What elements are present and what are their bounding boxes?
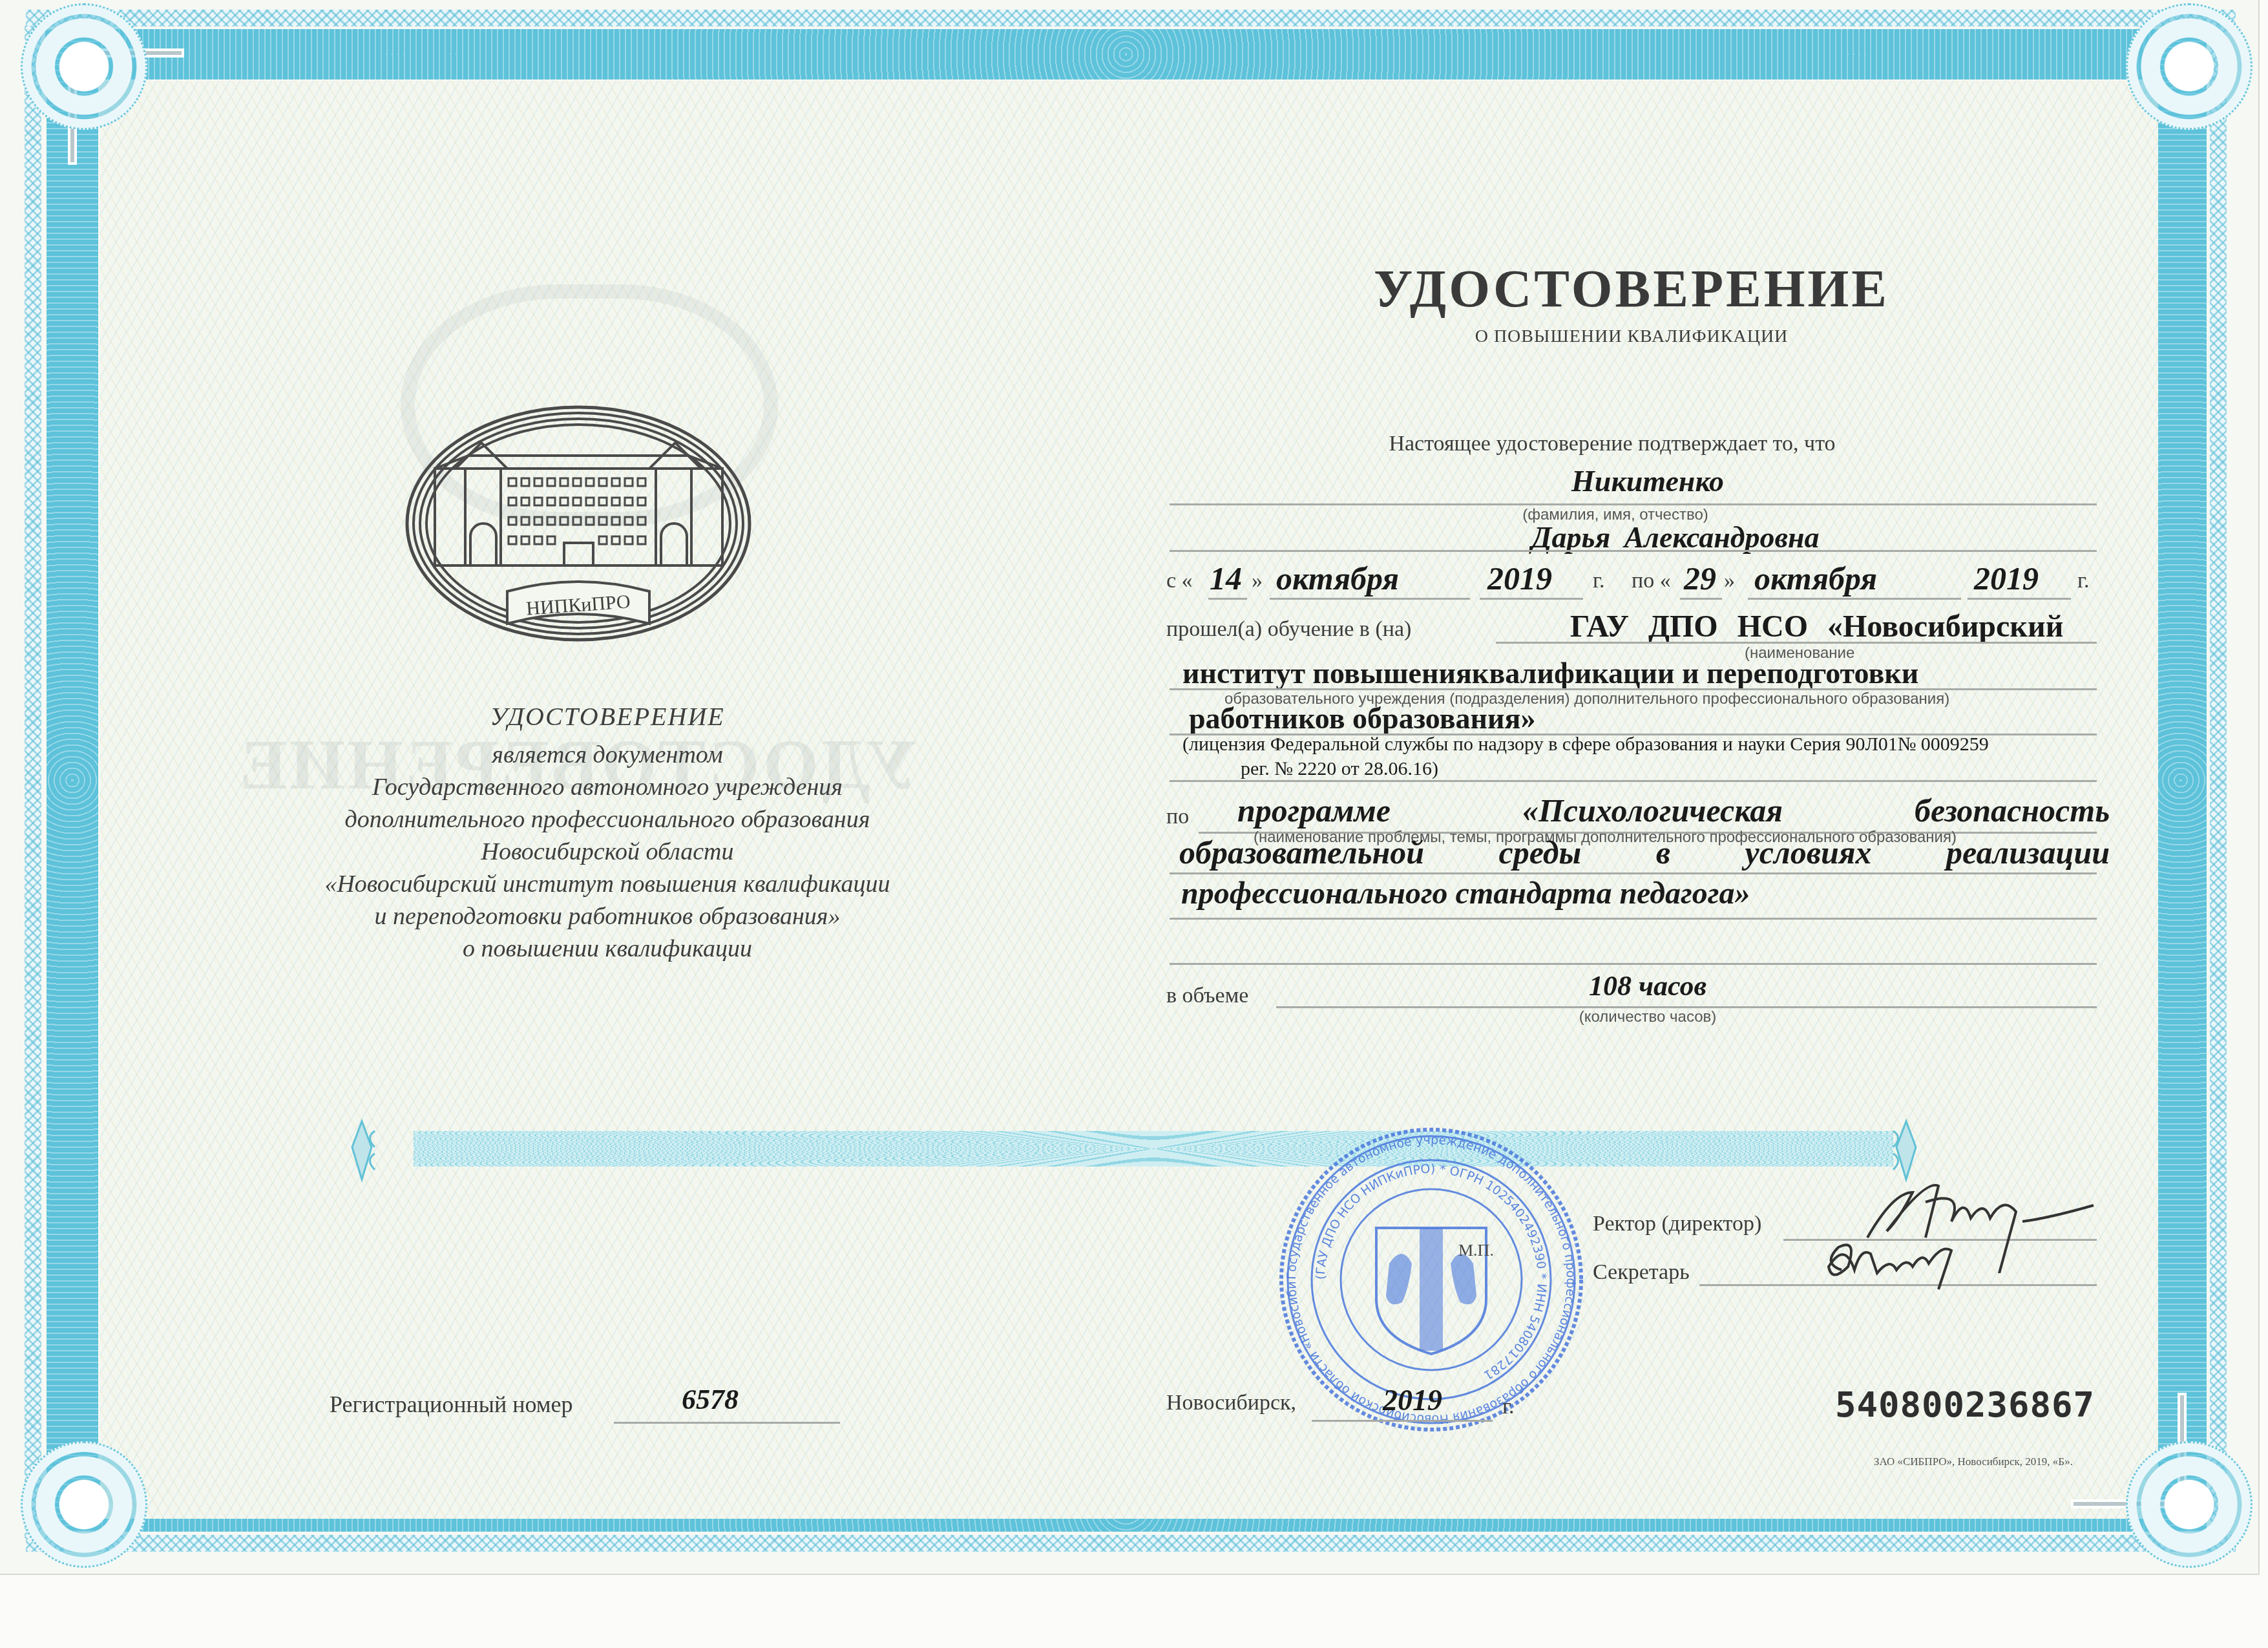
program-line-1: программе «Психологическая безопасность bbox=[1237, 792, 2110, 829]
rosette-bottom-right-icon bbox=[2126, 1441, 2252, 1568]
license-line-2: рег. № 2220 от 28.06.16) bbox=[1241, 758, 1438, 780]
program-prefix: по bbox=[1166, 805, 1189, 829]
left-line-4: Новосибирской области bbox=[246, 836, 969, 868]
secretary-label: Секретарь bbox=[1593, 1260, 1690, 1285]
from-prefix: с bbox=[1166, 569, 1176, 593]
rector-label: Ректор (директор) bbox=[1593, 1212, 1761, 1236]
name-line bbox=[1170, 550, 2097, 552]
institution-line-1-rule bbox=[1496, 642, 2097, 644]
from-month-line bbox=[1270, 598, 1470, 600]
city-year-suffix: г. bbox=[1502, 1395, 1515, 1419]
rosette-top-left-icon bbox=[21, 3, 147, 130]
registration-label: Регистрационный номер bbox=[330, 1391, 573, 1418]
volume-hint: (количество часов) bbox=[1551, 1008, 1745, 1026]
program-line-2: образовательной среды в условиях реализа… bbox=[1179, 834, 2110, 871]
license-line-1: (лицензия Федеральной службы по надзору … bbox=[1182, 734, 1989, 755]
border-lace-left bbox=[25, 26, 41, 1538]
program-word-7: условиях bbox=[1745, 834, 1872, 871]
city-label: Новосибирск, bbox=[1166, 1391, 1296, 1415]
from-year-suffix: г. bbox=[1593, 569, 1605, 593]
program-line-4-rule bbox=[1170, 963, 2097, 965]
to-close-quote: » bbox=[1724, 569, 1735, 593]
institution-line-2: институт повышенияквалификации и перепод… bbox=[1182, 656, 1918, 690]
from-day-line bbox=[1208, 598, 1247, 600]
from-year-line bbox=[1480, 598, 1583, 600]
border-lace-top bbox=[26, 10, 2236, 26]
decorative-strip bbox=[414, 1131, 1893, 1167]
to-prefix: по bbox=[1632, 569, 1654, 593]
to-year-line bbox=[1968, 598, 2071, 600]
border-lace-right bbox=[2210, 26, 2227, 1538]
program-word-6: в bbox=[1656, 834, 1670, 871]
city-year-line bbox=[1312, 1420, 1493, 1422]
program-word-1: программе bbox=[1237, 792, 1391, 829]
left-line-1: является документом bbox=[246, 739, 969, 771]
from-month: октября bbox=[1276, 560, 1399, 597]
to-day-line bbox=[1680, 598, 1722, 600]
open-quote: « bbox=[1182, 569, 1193, 593]
left-line-6: и переподготовки работников образования» bbox=[246, 900, 969, 933]
program-word-2: «Психологическая bbox=[1522, 792, 1783, 829]
period-to-prefix: по « bbox=[1632, 569, 1671, 593]
left-line-5: «Новосибирский институт повышения квалиф… bbox=[246, 868, 969, 900]
from-day: 14 bbox=[1210, 560, 1242, 597]
left-title: УДОСТОВЕРЕНИЕ bbox=[246, 701, 969, 732]
registration-line bbox=[614, 1422, 840, 1424]
to-year-suffix: г. bbox=[2077, 569, 2090, 593]
license-rule bbox=[1170, 780, 2097, 782]
border-band-top bbox=[45, 29, 2207, 79]
institution-line-3: работников образования» bbox=[1189, 701, 1535, 735]
left-line-7: о повышении квалификации bbox=[246, 933, 969, 965]
rosette-bottom-left-icon bbox=[21, 1441, 147, 1568]
to-day: 29 bbox=[1684, 560, 1716, 597]
registration-number: 6578 bbox=[682, 1383, 739, 1416]
to-month: октября bbox=[1754, 560, 1877, 597]
program-word-5: среды bbox=[1499, 834, 1582, 871]
from-year: 2019 bbox=[1487, 560, 1552, 597]
program-word-4: образовательной bbox=[1179, 834, 1424, 871]
border-band-right bbox=[2155, 29, 2207, 1532]
to-month-line bbox=[1748, 598, 1961, 600]
institution-line-1: ГАУ ДПО НСО «Новосибирский bbox=[1570, 609, 2063, 644]
stamp-mark: М.П. bbox=[1458, 1241, 1494, 1260]
left-description: является документом Государственного авт… bbox=[246, 739, 969, 965]
to-year: 2019 bbox=[1974, 560, 2039, 597]
certificate-title: УДОСТОВЕРЕНИЕ bbox=[1325, 259, 1938, 319]
program-line-3: профессионального стандарта педагога» bbox=[1181, 876, 1750, 911]
program-line-3-rule bbox=[1170, 918, 2097, 920]
intro-text: Настоящее удостоверение подтверждает то,… bbox=[1289, 432, 1935, 456]
fleur-right-icon bbox=[1880, 1118, 1932, 1183]
secretary-signature bbox=[1816, 1231, 2010, 1302]
period-from-prefix: с « bbox=[1166, 569, 1193, 593]
border-lace-bottom bbox=[26, 1535, 2236, 1552]
left-line-2: Государственного автономного учреждения bbox=[246, 771, 969, 803]
printer-imprint: ЗАО «СИБПРО», Новосибирск, 2019, «Б». bbox=[1874, 1455, 2073, 1468]
to-open-quote: « bbox=[1660, 569, 1671, 593]
certificate-subtitle: О ПОВЫШЕНИИ КВАЛИФИКАЦИИ bbox=[1325, 326, 1938, 347]
serial-number: 540800236867 bbox=[1835, 1384, 2095, 1425]
volume-label: в объеме bbox=[1166, 984, 1248, 1008]
surname-line bbox=[1170, 503, 2097, 505]
program-line-2-rule bbox=[1170, 872, 2097, 874]
program-word-3: безопасность bbox=[1915, 792, 2110, 829]
fleur-left-icon bbox=[336, 1118, 388, 1183]
program-word-8: реализации bbox=[1946, 834, 2110, 871]
from-close-quote: » bbox=[1252, 569, 1263, 593]
surname-value: Никитенко bbox=[1486, 464, 1809, 498]
volume-value: 108 часов bbox=[1551, 969, 1745, 1002]
city-year: 2019 bbox=[1383, 1383, 1442, 1417]
border-band-left bbox=[47, 29, 98, 1532]
left-line-3: дополнительного профессионального образо… bbox=[246, 803, 969, 836]
training-label: прошел(а) обучение в (на) bbox=[1166, 617, 1411, 642]
rosette-top-right-icon bbox=[2126, 3, 2252, 130]
